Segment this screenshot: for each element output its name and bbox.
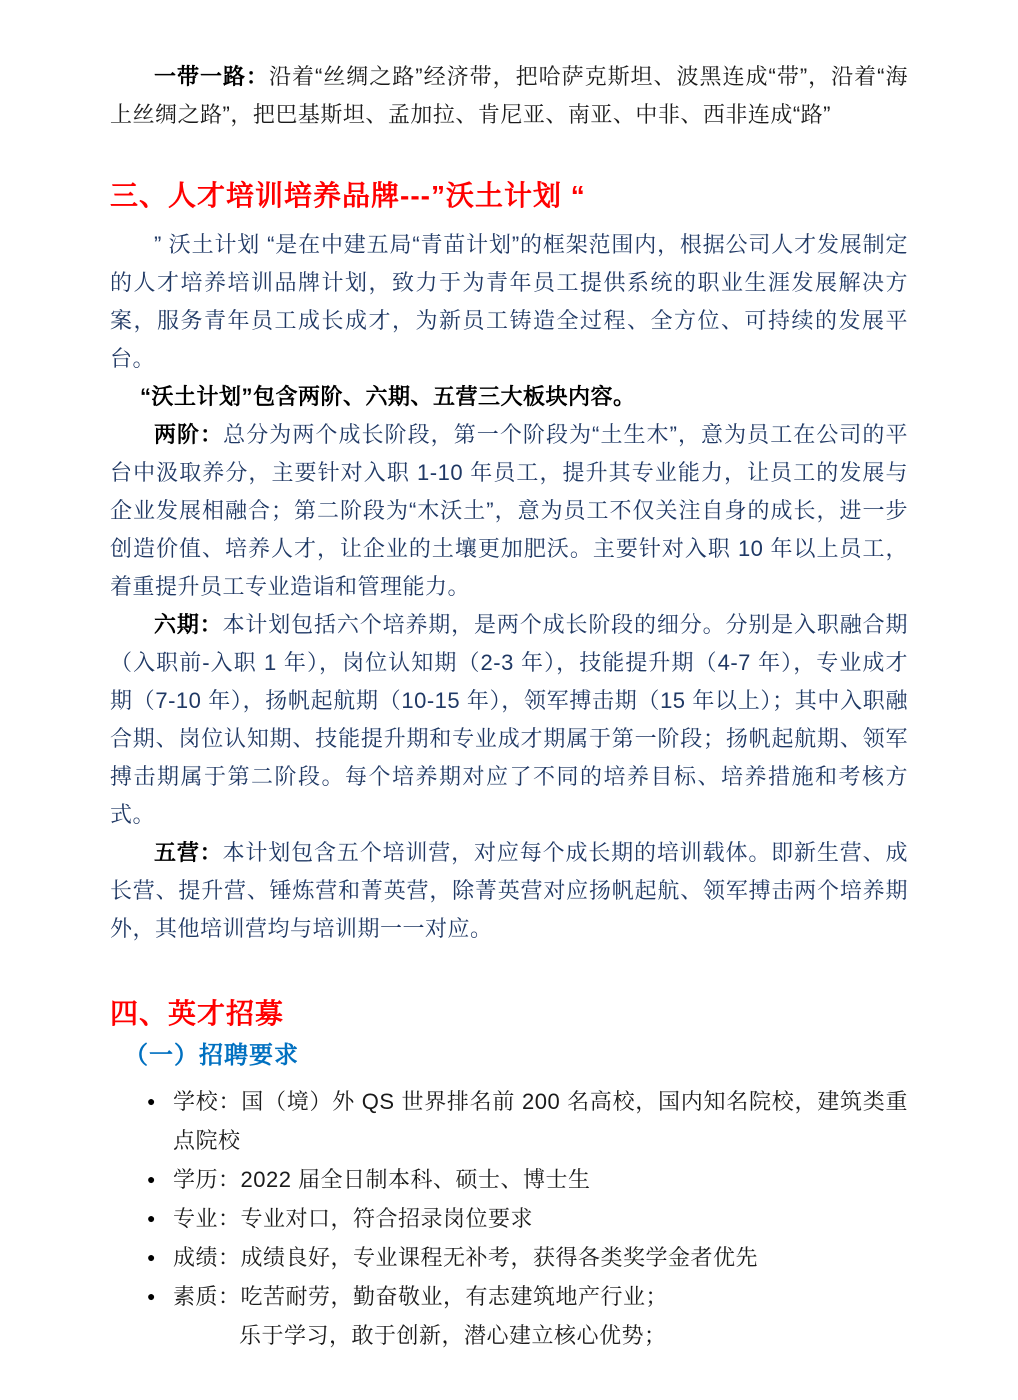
requirement-item-quality-line1: 素质：吃苦耐劳，勤奋敬业，有志建筑地产行业； (173, 1277, 908, 1316)
requirement-item-school: ● 学校：国（境）外 QS 世界排名前 200 名高校，国内知名院校，建筑类重点… (147, 1082, 908, 1160)
section3-item-liangjie-lead: 两阶： (154, 422, 223, 447)
requirements-list: ● 学校：国（境）外 QS 世界排名前 200 名高校，国内知名院校，建筑类重点… (110, 1082, 908, 1355)
section3-item-wuying-text: 本计划包含五个培训营，对应每个成长期的培训载体。即新生营、成长营、提升营、锤炼营… (110, 840, 908, 941)
requirement-item-grades-text: 成绩：成绩良好，专业课程无补考，获得各类奖学金者优先 (173, 1238, 908, 1277)
bullet-icon: ● (147, 1160, 173, 1199)
requirement-item-quality: ● 素质：吃苦耐劳，勤奋敬业，有志建筑地产行业； 乐于学习，敢于创新，潜心建立核… (147, 1277, 908, 1355)
requirement-item-major: ● 专业：专业对口，符合招录岗位要求 (147, 1199, 908, 1238)
document-page: 一带一路：沿着“丝绸之路”经济带，把哈萨克斯坦、波黑连成“带”，沿着“海上丝绸之… (110, 58, 908, 1355)
requirement-item-grades: ● 成绩：成绩良好，专业课程无补考，获得各类奖学金者优先 (147, 1238, 908, 1277)
section4-heading: 四、英才招募 (110, 994, 908, 1034)
intro-paragraph-lead: 一带一路： (154, 64, 269, 89)
section3-item-liuqi-lead: 六期： (154, 612, 223, 637)
bullet-icon: ● (147, 1199, 173, 1238)
requirement-item-quality-line2: 乐于学习，敢于创新，潜心建立核心优势； (173, 1316, 908, 1355)
section3-item-liuqi: 六期：本计划包括六个培养期，是两个成长阶段的细分。分别是入职融合期（入职前-入职… (110, 606, 908, 834)
section3-item-liuqi-text: 本计划包括六个培养期，是两个成长阶段的细分。分别是入职融合期（入职前-入职 1 … (110, 612, 908, 827)
section3-intro-paragraph: ” 沃土计划 “是在中建五局“青苗计划”的框架范围内，根据公司人才发展制定的人才… (110, 226, 908, 378)
bullet-icon: ● (147, 1082, 173, 1160)
requirement-item-major-text: 专业：专业对口，符合招录岗位要求 (173, 1199, 908, 1238)
section4-subheading: （一）招聘要求 (124, 1038, 908, 1074)
intro-paragraph: 一带一路：沿着“丝绸之路”经济带，把哈萨克斯坦、波黑连成“带”，沿着“海上丝绸之… (110, 58, 908, 134)
section3-item-wuying-lead: 五营： (154, 840, 223, 865)
requirement-item-quality-text: 素质：吃苦耐劳，勤奋敬业，有志建筑地产行业； 乐于学习，敢于创新，潜心建立核心优… (173, 1277, 908, 1355)
requirement-item-degree-text: 学历：2022 届全日制本科、硕士、博士生 (173, 1160, 908, 1199)
section3-heading: 三、人才培训培养品牌---”沃土计划 “ (110, 176, 908, 216)
section3-item-wuying: 五营：本计划包含五个培训营，对应每个成长期的培训载体。即新生营、成长营、提升营、… (110, 834, 908, 948)
bullet-icon: ● (147, 1277, 173, 1355)
requirement-item-school-text: 学校：国（境）外 QS 世界排名前 200 名高校，国内知名院校，建筑类重点院校 (173, 1082, 908, 1160)
requirement-item-degree: ● 学历：2022 届全日制本科、硕士、博士生 (147, 1160, 908, 1199)
section3-item-liangjie: 两阶：总分为两个成长阶段，第一个阶段为“土生木”，意为员工在公司的平台中汲取养分… (110, 416, 908, 606)
bullet-icon: ● (147, 1238, 173, 1277)
section3-bold-line: “沃土计划”包含两阶、六期、五营三大板块内容。 (110, 378, 908, 416)
section3-item-liangjie-text: 总分为两个成长阶段，第一个阶段为“土生木”，意为员工在公司的平台中汲取养分，主要… (110, 422, 908, 599)
